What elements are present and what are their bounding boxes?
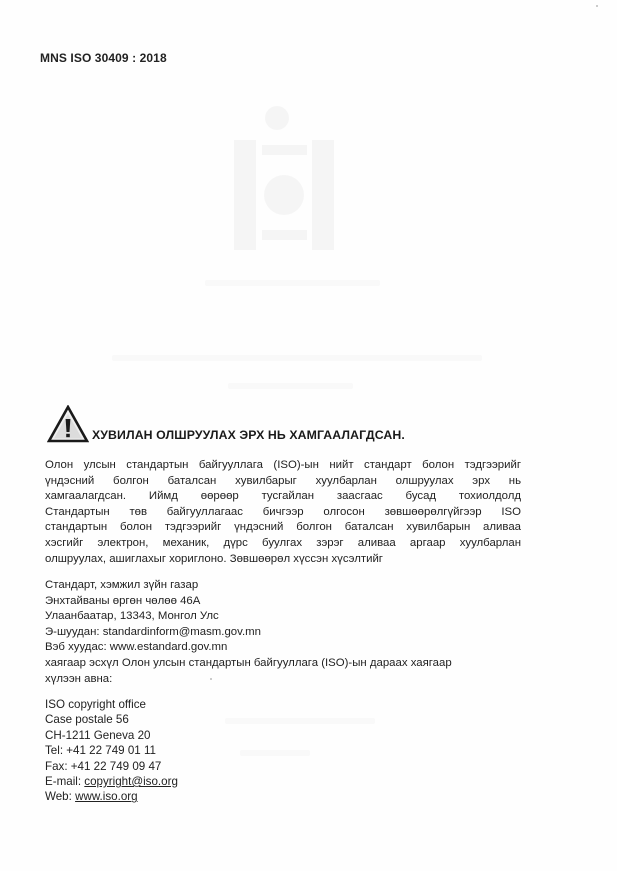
iso-office-fax: Fax: +41 22 749 09 47 — [45, 759, 178, 774]
address-email: Э-шуудан: standardinform@masm.gov.mn — [45, 625, 452, 641]
document-page: MNS ISO 30409 : 2018 ХУВИЛАН ОЛШРУУЛАХ Э… — [0, 0, 617, 871]
paragraph-line: хэсгийг электрон, механик, дүрс буулгах … — [45, 536, 521, 552]
address-line: Энхтайваны өргөн чөлөө 46А — [45, 594, 452, 610]
show-through-line — [112, 355, 482, 361]
iso-email-link[interactable]: copyright@iso.org — [84, 775, 178, 788]
national-address-block: Стандарт, хэмжил зүйн газар Энхтайваны ө… — [45, 578, 452, 687]
paragraph-line: олшруулах, ашиглахыг хориглоно. Зөвшөөрө… — [45, 552, 521, 568]
iso-office-name: ISO copyright office — [45, 697, 178, 712]
iso-office-block: ISO copyright office Case postale 56 CH-… — [45, 697, 178, 805]
address-line: хаягаар эсхүл Олон улсын стандартын байг… — [45, 656, 452, 672]
emblem-watermark-icon — [232, 100, 342, 260]
paragraph-line: хамгаалагдсан. Иймд өөрөөр тусгайлан заа… — [45, 489, 521, 505]
address-line: Стандарт, хэмжил зүйн газар — [45, 578, 452, 594]
paragraph-line: Стандартын төв байгууллагаас бичгээр олг… — [45, 505, 521, 521]
address-website: Вэб хуудас: www.estandard.gov.mn — [45, 640, 452, 656]
paragraph-line: стандартын болон тэдгээрийг үндэсний бол… — [45, 520, 521, 536]
paragraph-line: үндэсний болгон баталсан хувилбарыг хуул… — [45, 474, 521, 490]
scan-speck — [210, 678, 212, 680]
iso-office-city: CH-1211 Geneva 20 — [45, 728, 178, 743]
show-through-line — [225, 718, 375, 724]
iso-office-tel: Tel: +41 22 749 01 11 — [45, 743, 178, 758]
show-through-line — [228, 383, 353, 389]
show-through-line — [205, 280, 380, 286]
copyright-warning-heading: ХУВИЛАН ОЛШРУУЛАХ ЭРХ НЬ ХАМГААЛАГДСАН. — [47, 405, 405, 443]
iso-office-web-row: Web: www.iso.org — [45, 789, 178, 804]
warning-title: ХУВИЛАН ОЛШРУУЛАХ ЭРХ НЬ ХАМГААЛАГДСАН. — [92, 428, 405, 442]
warning-triangle-icon — [47, 405, 89, 443]
iso-office-email-row: E-mail: copyright@iso.org — [45, 774, 178, 789]
show-through-line — [240, 750, 310, 756]
copyright-paragraph: Олон улсын стандартын байгууллага (ISO)-… — [45, 458, 521, 567]
scan-speck — [596, 5, 598, 7]
address-line: хүлээн авна: — [45, 672, 452, 688]
iso-web-link[interactable]: www.iso.org — [75, 790, 138, 803]
web-label: Web: — [45, 790, 75, 803]
standard-identifier: MNS ISO 30409 : 2018 — [40, 51, 167, 65]
email-label: E-mail: — [45, 775, 84, 788]
address-line: Улаанбаатар, 13343, Монгол Улс — [45, 609, 452, 625]
iso-office-postal: Case postale 56 — [45, 712, 178, 727]
paragraph-line: Олон улсын стандартын байгууллага (ISO)-… — [45, 458, 521, 474]
